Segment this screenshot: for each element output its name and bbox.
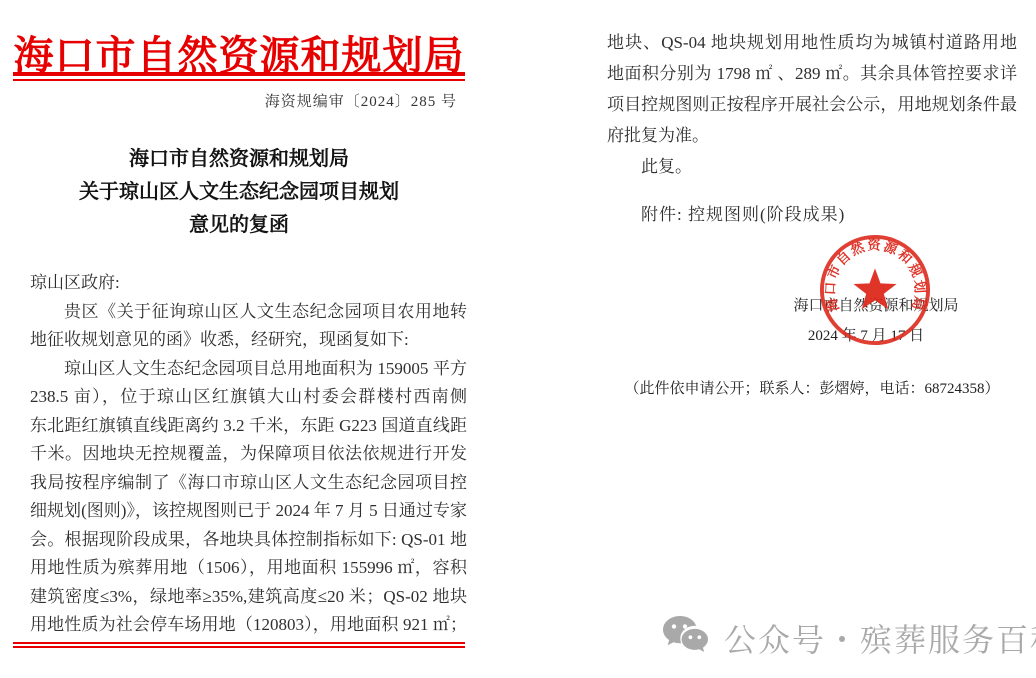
body-line: 会。根据现阶段成果，各地块具体控制指标如下: QS-01 地块规划	[30, 526, 467, 555]
left-page-region: 海口市自然资源和规划局 海资规编审〔2024〕285 号 海口市自然资源和规划局…	[13, 0, 465, 678]
right-body-text: 地块、QS-04 地块规划用地性质均为城镇村道路用地（1207），用 地面积分别…	[607, 27, 1017, 182]
watermark: 公众号・殡葬服务百科	[662, 610, 1036, 666]
left-body-text: 琼山区政府: 贵区《关于征询琼山区人文生态纪念园项目农用地转用和土 地征收规划意…	[30, 269, 467, 640]
body-line: 贵区《关于征询琼山区人文生态纪念园项目农用地转用和土	[30, 298, 467, 327]
body-line: 琼山区人文生态纪念园项目总用地面积为 159005 平方米（合	[30, 355, 467, 384]
body-line: 地块、QS-04 地块规划用地性质均为城镇村道路用地（1207），用	[607, 27, 1017, 58]
body-line: 用地性质为殡葬用地（1506），用地面积 155996 ㎡，容积率≤0.1，	[30, 554, 467, 583]
body-line: 238.5 亩），位于琼山区红旗镇大山村委会群楼村西南侧 420 米处，	[30, 383, 467, 412]
body-line: 用地性质为社会停车场用地（120803），用地面积 921 ㎡；QS-03	[30, 611, 467, 640]
body-line: 东北距红旗镇直线距离约 3.2 千米，东距 G223 国道直线距离约 3.7	[30, 412, 467, 441]
body-line: 我局按程序编制了《海口市琼山区人文生态纪念园项目控制性详	[30, 469, 467, 498]
body-line: 地征收规划意见的函》收悉，经研究，现函复如下:	[30, 326, 467, 355]
page-footer-rule	[13, 642, 465, 648]
wechat-icon	[662, 615, 712, 661]
official-seal-stamp: 海口市自然资源和规划局	[818, 233, 932, 347]
disclosure-note: （此件依申请公开；联系人：彭熠婷，电话：68724358）	[607, 377, 1017, 398]
document-title-line: 关于琼山区人文生态纪念园项目规划	[13, 176, 465, 209]
attachment-note: 附件: 控规图则(阶段成果)	[641, 200, 845, 225]
watermark-label: 公众号・殡葬服务百科	[724, 615, 1036, 661]
right-page-region: 地块、QS-04 地块规划用地性质均为城镇村道路用地（1207），用 地面积分别…	[607, 0, 1017, 678]
official-letter-scan: 海口市自然资源和规划局 海资规编审〔2024〕285 号 海口市自然资源和规划局…	[0, 0, 1036, 678]
closing-line: 此复。	[607, 151, 1017, 182]
body-line: 地面积分别为 1798 ㎡ 、289 ㎡。其余具体管控要求详见图则。该	[607, 58, 1017, 89]
body-line: 项目控规图则正按程序开展社会公示，用地规划条件最终以市政	[607, 89, 1017, 120]
seal-graphic: 海口市自然资源和规划局	[818, 233, 932, 347]
document-number: 海资规编审〔2024〕285 号	[13, 90, 457, 111]
document-title: 海口市自然资源和规划局 关于琼山区人文生态纪念园项目规划 意见的复函	[13, 143, 465, 242]
salutation: 琼山区政府:	[30, 269, 467, 298]
body-line: 细规划(图则)》，该控规图则已于 2024 年 7 月 5 日通过专家评审	[30, 497, 467, 526]
star-icon	[853, 268, 896, 309]
letterhead-rule	[13, 72, 465, 81]
body-line: 建筑密度≤3%，绿地率≥35%,建筑高度≤20 米；QS-02 地块规划	[30, 583, 467, 612]
document-title-line: 海口市自然资源和规划局	[13, 143, 465, 176]
document-title-line: 意见的复函	[13, 209, 465, 242]
body-line: 千米。因地块无控规覆盖，为保障项目依法依规进行开发建设，	[30, 440, 467, 469]
body-line: 府批复为准。	[607, 120, 1017, 151]
